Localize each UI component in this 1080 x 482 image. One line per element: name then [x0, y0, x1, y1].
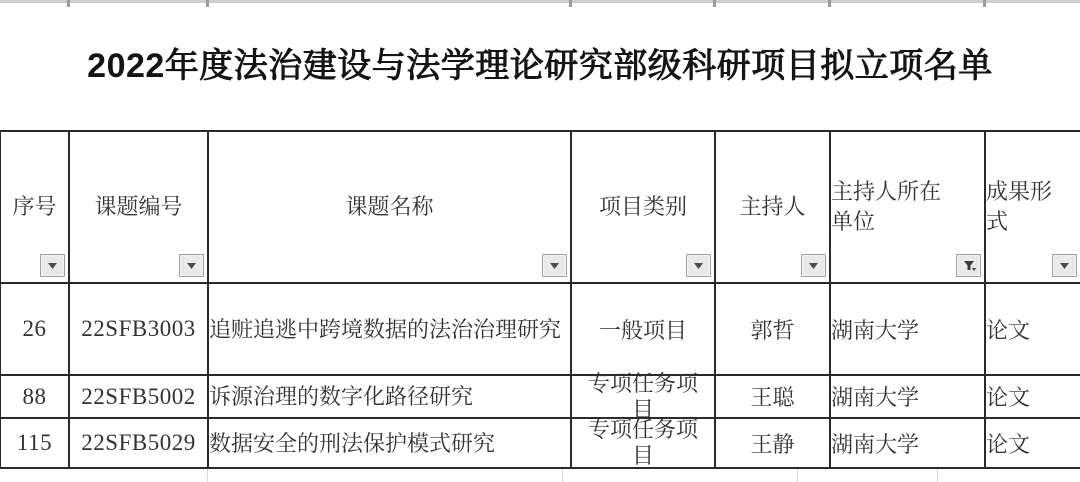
chevron-down-icon — [46, 260, 59, 271]
cell-output-form[interactable]: 论文 — [985, 375, 1080, 418]
cell-project-code[interactable]: 22SFB3003 — [69, 283, 208, 375]
cell-leader-institution[interactable]: 湖南大学 — [830, 418, 985, 468]
chevron-down-icon — [185, 260, 198, 271]
cell-leader[interactable]: 郭哲 — [715, 283, 830, 375]
col-header-label: 成果形式 — [986, 177, 1058, 237]
col-header-label: 主持人所在单位 — [831, 177, 949, 237]
column-tick — [983, 0, 986, 7]
projects-table: 序号 课题编号 课题名称 — [0, 130, 1080, 469]
cell-leader[interactable]: 王静 — [715, 418, 830, 468]
column-tick — [828, 0, 831, 7]
grid-remnant-line — [797, 469, 798, 482]
chevron-down-icon — [692, 260, 705, 271]
grid-remnant-line — [562, 469, 563, 482]
col-header-label: 主持人 — [739, 192, 805, 222]
col-header-label: 序号 — [12, 192, 56, 222]
col-header-project-code[interactable]: 课题编号 — [69, 131, 208, 283]
filter-dropdown-button[interactable] — [1052, 254, 1077, 277]
col-header-leader-institution[interactable]: 主持人所在单位 — [830, 131, 985, 283]
column-tick — [67, 0, 70, 7]
cell-leader[interactable]: 王聪 — [715, 375, 830, 418]
sheet-top-edge — [0, 0, 1080, 3]
overflowing-cell-text: 专项任务项目 — [583, 371, 703, 423]
table-row: 88 22SFB5002 诉源治理的数字化路径研究 专项任务项目 王聪 湖南大学… — [0, 375, 1080, 418]
chevron-down-icon — [1058, 260, 1071, 271]
cell-project-code[interactable]: 22SFB5002 — [69, 375, 208, 418]
col-header-label: 项目类别 — [599, 192, 687, 222]
filter-dropdown-button[interactable] — [179, 254, 204, 277]
filter-funnel-button[interactable] — [956, 254, 981, 277]
table-row: 26 22SFB3003 追赃追逃中跨境数据的法治治理研究 一般项目 郭哲 湖南… — [0, 283, 1080, 375]
column-tick — [713, 0, 716, 7]
cell-project-title[interactable]: 数据安全的刑法保护模式研究 — [208, 418, 571, 468]
cell-serial[interactable]: 26 — [0, 283, 69, 375]
filter-dropdown-button[interactable] — [542, 254, 567, 277]
cell-project-category[interactable]: 专项任务项目 — [571, 375, 715, 418]
cell-project-title[interactable]: 诉源治理的数字化路径研究 — [208, 375, 571, 418]
col-header-leader[interactable]: 主持人 — [715, 131, 830, 283]
funnel-icon — [962, 259, 976, 272]
chevron-down-icon — [807, 260, 820, 271]
column-tick — [206, 0, 209, 7]
chevron-down-icon — [548, 260, 561, 271]
cell-project-title[interactable]: 追赃追逃中跨境数据的法治治理研究 — [208, 283, 571, 375]
cell-project-code[interactable]: 22SFB5029 — [69, 418, 208, 468]
cell-leader-institution[interactable]: 湖南大学 — [830, 375, 985, 418]
cell-project-category[interactable]: 专项任务项目 — [571, 418, 715, 468]
table-row: 115 22SFB5029 数据安全的刑法保护模式研究 专项任务项目 王静 湖南… — [0, 418, 1080, 468]
filter-dropdown-button[interactable] — [801, 254, 826, 277]
grid-remnant-line — [207, 469, 208, 482]
col-header-label: 课题编号 — [94, 192, 182, 222]
cell-project-category[interactable]: 一般项目 — [571, 283, 715, 375]
cell-serial[interactable]: 88 — [0, 375, 69, 418]
grid-remnant-line — [937, 469, 938, 482]
overflowing-cell-text: 专项任务项目 — [583, 417, 703, 469]
filter-dropdown-button[interactable] — [686, 254, 711, 277]
cell-output-form[interactable]: 论文 — [985, 418, 1080, 468]
col-header-output-form[interactable]: 成果形式 — [985, 131, 1080, 283]
col-header-serial[interactable]: 序号 — [0, 131, 69, 283]
cell-leader-institution[interactable]: 湖南大学 — [830, 283, 985, 375]
column-tick — [569, 0, 572, 7]
cell-output-form[interactable]: 论文 — [985, 283, 1080, 375]
page-title: 2022年度法治建设与法学理论研究部级科研项目拟立项名单 — [0, 44, 1080, 88]
header-row: 序号 课题编号 课题名称 — [0, 131, 1080, 283]
col-header-label: 课题名称 — [345, 192, 433, 222]
col-header-project-title[interactable]: 课题名称 — [208, 131, 571, 283]
spreadsheet-view: 2022年度法治建设与法学理论研究部级科研项目拟立项名单 序号 课题编号 — [0, 0, 1080, 482]
filter-dropdown-button[interactable] — [40, 254, 65, 277]
cell-serial[interactable]: 115 — [0, 418, 69, 468]
col-header-project-category[interactable]: 项目类别 — [571, 131, 715, 283]
